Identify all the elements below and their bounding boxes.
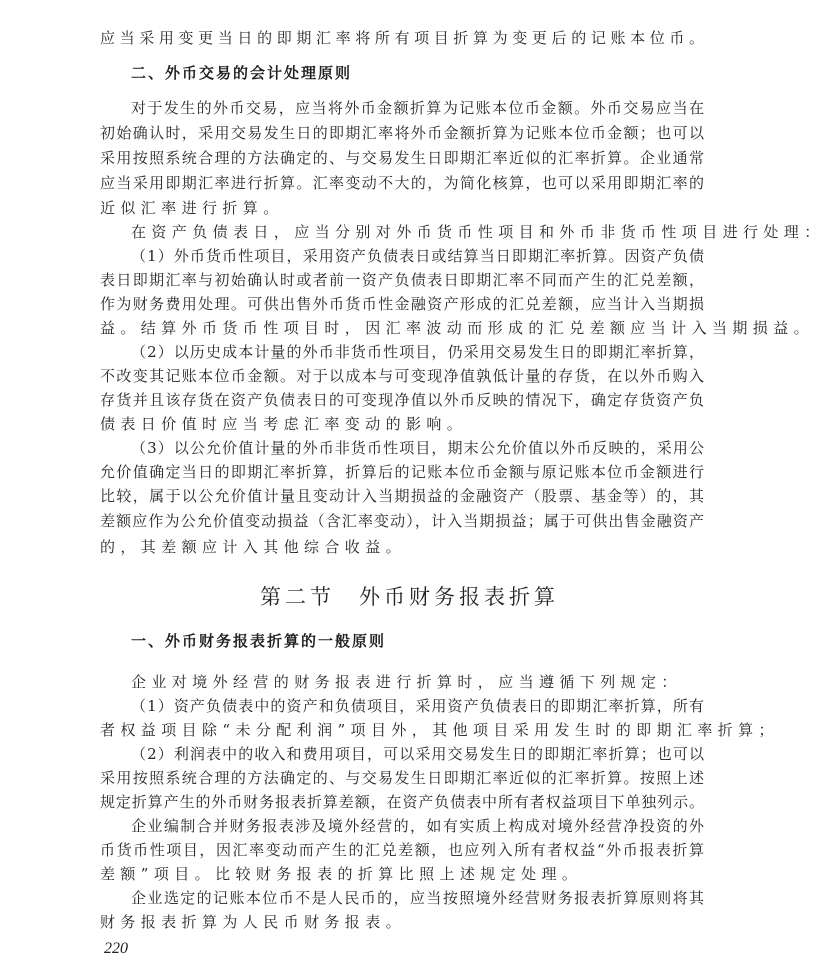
text-line: 债表日价值时应当考虑汇率变动的影响。 — [100, 412, 704, 436]
text-line: 采用按照系统合理的方法确定的、与交易发生日即期汇率近似的汇率折算。企业通常 — [100, 146, 704, 170]
text-line: 允价值确定当日的即期汇率折算，折算后的记账本位币金额与原记账本位币金额进行 — [100, 460, 704, 484]
document-page: 应当采用变更当日的即期汇率将所有项目折算为变更后的记账本位币。 二、外币交易的会… — [0, 0, 819, 963]
text-line: 企业选定的记账本位币不是人民币的，应当按照境外经营财务报表折算原则将其 — [131, 886, 704, 910]
text-line: 的，其差额应计入其他综合收益。 — [100, 535, 704, 559]
text-line: 差额应作为公允价值变动损益（含汇率变动），计入当期损益；属于可供出售金融资产 — [100, 509, 704, 533]
text-line: 差额”项目。比较财务报表的折算比照上述规定处理。 — [100, 862, 704, 886]
text-line: 近似汇率进行折算。 — [100, 196, 704, 220]
section-title-text: 外币财务报表折算 — [359, 585, 559, 609]
text-line: 财务报表折算为人民币财务报表。 — [100, 910, 704, 934]
page-number: 220 — [104, 937, 128, 961]
text-line: 不改变其记账本位币金额。对于以成本与可变现净值孰低计量的存货，在以外币购入 — [100, 364, 704, 388]
text-line: 初始确认时，采用交易发生日的即期汇率将外币金额折算为记账本位币金额；也可以 — [100, 121, 704, 145]
text-line: （3）以公允价值计量的外币非货币性项目，期末公允价值以外币反映的，采用公 — [131, 436, 704, 460]
text-line: 应当采用变更当日的即期汇率将所有项目折算为变更后的记账本位币。 — [100, 26, 704, 50]
text-line: 规定折算产生的外币财务报表折算差额，在资产负债表中所有者权益项目下单独列示。 — [100, 790, 704, 814]
text-line: 者权益项目除“未分配利润”项目外，其他项目采用发生时的即期汇率折算； — [100, 718, 704, 742]
section-title: 第二节外币财务报表折算 — [0, 583, 819, 611]
text-line: （1）资产负债表中的资产和负债项目，采用资产负债表日的即期汇率折算，所有 — [131, 694, 704, 718]
section-number: 第二节 — [260, 585, 335, 609]
text-line: （2）利润表中的收入和费用项目，可以采用交易发生日的即期汇率折算；也可以 — [131, 742, 704, 766]
text-line: 作为财务费用处理。可供出售外币货币性金融资产形成的汇兑差额，应当计入当期损 — [100, 292, 704, 316]
text-line: 益。结算外币货币性项目时，因汇率波动而形成的汇兑差额应当计入当期损益。 — [100, 316, 704, 340]
text-line: 企业编制合并财务报表涉及境外经营的，如有实质上构成对境外经营净投资的外 — [131, 814, 704, 838]
text-line: 比较，属于以公允价值计量且变动计入当期损益的金融资产（股票、基金等）的，其 — [100, 484, 704, 508]
paragraph-balance-sheet-date: 在资产负债表日，应当分别对外币货币性项目和外币非货币性项目进行处理： — [131, 220, 704, 244]
text-line: （2）以历史成本计量的外币非货币性项目，仍采用交易发生日的即期汇率折算， — [131, 340, 704, 364]
text-line: 存货并且该存货在资产负债表日的可变现净值以外币反映的情况下，确定存货资产负 — [100, 388, 704, 412]
subheading-foreign-currency-transactions: 二、外币交易的会计处理原则 — [131, 61, 352, 85]
paragraph-rules-intro: 企业对境外经营的财务报表进行折算时，应当遵循下列规定： — [131, 670, 704, 694]
text-line: 表日即期汇率与初始确认时或者前一资产负债表日即期汇率不同而产生的汇兑差额， — [100, 268, 704, 292]
subheading-general-principles: 一、外币财务报表折算的一般原则 — [131, 629, 386, 653]
text-line: 应当采用即期汇率进行折算。汇率变动不大的，为简化核算，也可以采用即期汇率的 — [100, 171, 704, 195]
text-line: 采用按照系统合理的方法确定的、与交易发生日即期汇率近似的汇率折算。按照上述 — [100, 766, 704, 790]
text-line: 币货币性项目，因汇率变动而产生的汇兑差额，也应列入所有者权益“外币报表折算 — [100, 838, 704, 862]
text-line: （1）外币货币性项目，采用资产负债表日或结算当日即期汇率折算。因资产负债 — [131, 244, 704, 268]
text-line: 对于发生的外币交易，应当将外币金额折算为记账本位币金额。外币交易应当在 — [131, 96, 704, 120]
